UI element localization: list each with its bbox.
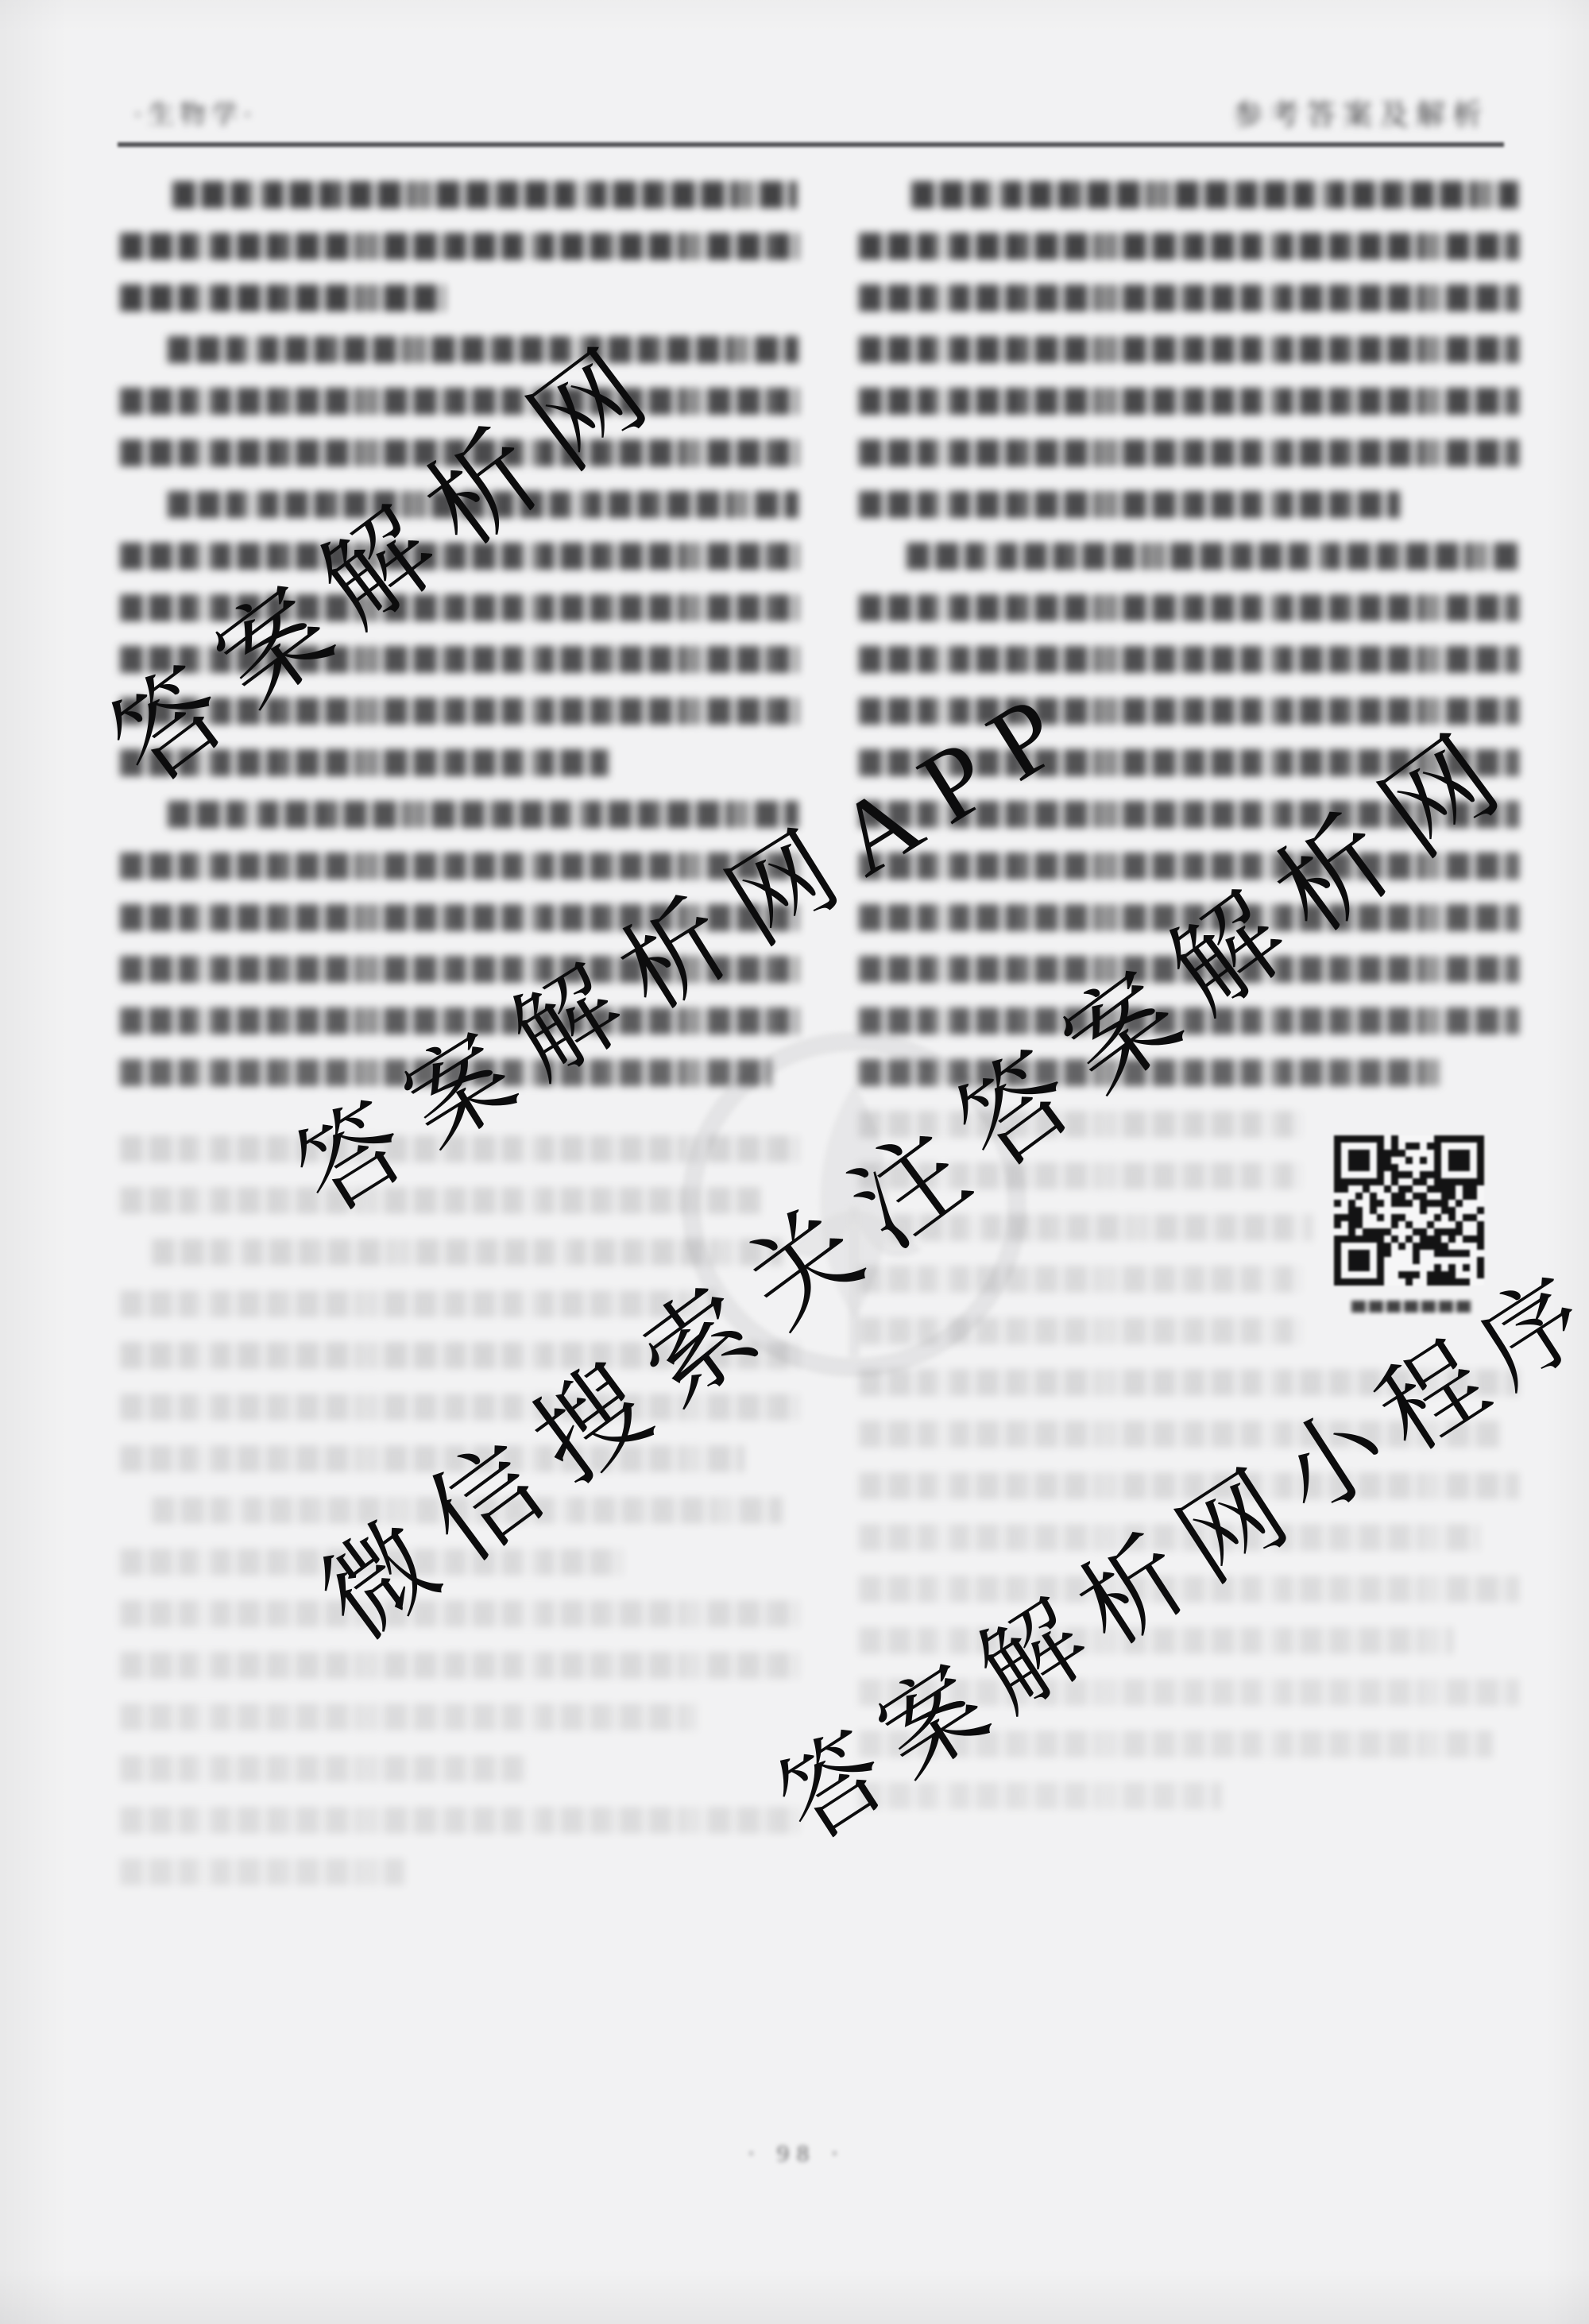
qr-module: [1377, 1150, 1384, 1157]
qr-module: [1334, 1221, 1341, 1228]
qr-module: [1413, 1207, 1420, 1214]
qr-module: [1384, 1243, 1391, 1250]
qr-module: [1370, 1228, 1377, 1235]
qr-module: [1377, 1221, 1384, 1228]
qr-module: [1384, 1214, 1391, 1221]
qr-module: [1420, 1178, 1427, 1185]
blurred-text-line: [119, 1290, 717, 1317]
qr-module: [1463, 1178, 1470, 1185]
qr-module: [1348, 1193, 1355, 1200]
qr-module: [1398, 1150, 1405, 1157]
qr-module: [1434, 1143, 1441, 1150]
qr-module: [1334, 1264, 1341, 1271]
qr-module: [1477, 1228, 1484, 1235]
qr-module: [1370, 1164, 1377, 1171]
qr-module: [1391, 1178, 1398, 1185]
qr-module: [1334, 1271, 1341, 1278]
qr-module: [1398, 1278, 1405, 1286]
answers-heading: 参考答案及解析: [1233, 91, 1489, 133]
qr-module: [1448, 1207, 1456, 1214]
blurred-text-line: [858, 388, 1519, 415]
qr-module: [1463, 1207, 1470, 1214]
qr-module: [1470, 1171, 1477, 1178]
qr-module: [1334, 1278, 1341, 1286]
qr-module: [1384, 1164, 1391, 1171]
qr-module: [1427, 1150, 1434, 1157]
qr-module: [1463, 1228, 1470, 1235]
qr-module: [1477, 1178, 1484, 1185]
qr-module: [1391, 1157, 1398, 1164]
qr-module: [1441, 1235, 1448, 1243]
qr-module: [1391, 1214, 1398, 1221]
qr-module: [1434, 1264, 1441, 1271]
qr-module: [1470, 1157, 1477, 1164]
qr-module: [1348, 1228, 1355, 1235]
qr-module: [1434, 1221, 1441, 1228]
qr-module: [1405, 1221, 1413, 1228]
qr-module: [1427, 1257, 1434, 1264]
qr-module: [1477, 1221, 1484, 1228]
qr-module: [1477, 1235, 1484, 1243]
qr-module: [1463, 1221, 1470, 1228]
qr-module: [1355, 1135, 1363, 1143]
qr-module: [1370, 1185, 1377, 1193]
qr-module: [1413, 1157, 1420, 1164]
qr-module: [1363, 1200, 1370, 1207]
qr-module: [1377, 1278, 1384, 1286]
qr-module: [1448, 1278, 1456, 1286]
qr-module: [1427, 1164, 1434, 1171]
qr-module: [1463, 1214, 1470, 1221]
qr-module: [1413, 1193, 1420, 1200]
qr-module: [1456, 1214, 1463, 1221]
qr-module: [1427, 1185, 1434, 1193]
qr-module: [1398, 1243, 1405, 1250]
qr-module: [1341, 1185, 1348, 1193]
qr-module: [1391, 1135, 1398, 1143]
qr-module: [1391, 1200, 1398, 1207]
blurred-text-line: [858, 594, 1519, 621]
qr-module: [1341, 1207, 1348, 1214]
qr-module: [1348, 1221, 1355, 1228]
qr-module: [1391, 1143, 1398, 1150]
qr-module: [1463, 1243, 1470, 1250]
qr-module: [1427, 1214, 1434, 1221]
blurred-text-line: [119, 1187, 764, 1214]
qr-module: [1391, 1228, 1398, 1235]
qr-module: [1420, 1250, 1427, 1257]
qr-module: [1434, 1250, 1441, 1257]
qr-module: [1405, 1264, 1413, 1271]
qr-module: [1448, 1143, 1456, 1150]
qr-module: [1420, 1271, 1427, 1278]
qr-module: [1448, 1250, 1456, 1257]
qr-module: [1391, 1221, 1398, 1228]
qr-module: [1448, 1157, 1456, 1164]
qr-module: [1348, 1278, 1355, 1286]
qr-module: [1470, 1243, 1477, 1250]
qr-module: [1413, 1200, 1420, 1207]
blurred-text-line: [119, 1652, 798, 1679]
qr-module: [1448, 1200, 1456, 1207]
qr-module: [1405, 1164, 1413, 1171]
qr-module: [1413, 1264, 1420, 1271]
qr-module: [1477, 1143, 1484, 1150]
blurred-text-line: [119, 284, 445, 311]
qr-module: [1456, 1221, 1463, 1228]
qr-module: [1441, 1250, 1448, 1257]
qr-module: [1470, 1271, 1477, 1278]
blurred-text-line: [119, 388, 798, 415]
qr-module: [1363, 1243, 1370, 1250]
qr-module: [1348, 1164, 1355, 1171]
qr-module: [1463, 1264, 1470, 1271]
qr-module: [1456, 1257, 1463, 1264]
qr-module: [1413, 1214, 1420, 1221]
blurred-text-line: [910, 181, 1518, 208]
qr-module: [1434, 1135, 1441, 1143]
qr-module: [1420, 1143, 1427, 1150]
qr-module: [1341, 1235, 1348, 1243]
qr-module: [1434, 1171, 1441, 1178]
qr-module: [1398, 1193, 1405, 1200]
qr-module: [1391, 1235, 1398, 1243]
qr-module: [1391, 1150, 1398, 1157]
qr-module: [1370, 1150, 1377, 1157]
qr-module: [1370, 1143, 1377, 1150]
qr-module: [1441, 1185, 1448, 1193]
qr-module: [1348, 1185, 1355, 1193]
qr-module: [1456, 1135, 1463, 1143]
qr-module: [1377, 1257, 1384, 1264]
qr-module: [1413, 1221, 1420, 1228]
blurred-text-line: [858, 1266, 1301, 1293]
qr-module: [1477, 1214, 1484, 1221]
qr-module: [1427, 1264, 1434, 1271]
qr-module: [1348, 1143, 1355, 1150]
qr-module: [1363, 1157, 1370, 1164]
qr-module: [1405, 1200, 1413, 1207]
qr-module: [1334, 1135, 1341, 1143]
qr-module: [1341, 1135, 1348, 1143]
qr-module: [1341, 1193, 1348, 1200]
qr-module: [1355, 1171, 1363, 1178]
qr-module: [1384, 1235, 1391, 1243]
qr-module: [1456, 1164, 1463, 1171]
qr-module: [1370, 1243, 1377, 1250]
qr-module: [1456, 1243, 1463, 1250]
qr-module: [1470, 1214, 1477, 1221]
qr-module: [1441, 1278, 1448, 1286]
qr-module: [1420, 1243, 1427, 1250]
qr-module: [1370, 1178, 1377, 1185]
qr-module: [1413, 1135, 1420, 1143]
qr-module: [1420, 1171, 1427, 1178]
qr-caption-blurred: [1351, 1301, 1471, 1313]
qr-module: [1463, 1200, 1470, 1207]
qr-module: [1391, 1264, 1398, 1271]
qr-module: [1441, 1243, 1448, 1250]
qr-module: [1334, 1214, 1341, 1221]
qr-module: [1441, 1271, 1448, 1278]
qr-module: [1363, 1164, 1370, 1171]
qr-module: [1363, 1235, 1370, 1243]
qr-module: [1334, 1200, 1341, 1207]
qr-module: [1463, 1150, 1470, 1157]
qr-module: [1434, 1207, 1441, 1214]
blurred-text-line: [858, 336, 1519, 363]
qr-module: [1348, 1178, 1355, 1185]
qr-module: [1377, 1157, 1384, 1164]
qr-module: [1427, 1135, 1434, 1143]
qr-module: [1420, 1200, 1427, 1207]
qr-module: [1420, 1135, 1427, 1143]
qr-module: [1405, 1257, 1413, 1264]
blurred-text-line: [119, 1600, 798, 1627]
qr-module: [1341, 1243, 1348, 1250]
qr-module: [1477, 1271, 1484, 1278]
qr-module: [1384, 1278, 1391, 1286]
blurred-text-line: [858, 491, 1400, 518]
qr-module: [1391, 1193, 1398, 1200]
qr-module: [1434, 1185, 1441, 1193]
qr-module: [1384, 1150, 1391, 1157]
blurred-text-line: [119, 1807, 798, 1834]
qr-module: [1441, 1178, 1448, 1185]
qr-module: [1341, 1228, 1348, 1235]
qr-module: [1355, 1228, 1363, 1235]
qr-module: [1470, 1193, 1477, 1200]
qr-module: [1348, 1200, 1355, 1207]
qr-module: [1341, 1221, 1348, 1228]
qr-module: [1420, 1157, 1427, 1164]
qr-module: [1434, 1228, 1441, 1235]
qr-module: [1384, 1178, 1391, 1185]
qr-module: [1405, 1185, 1413, 1193]
qr-module: [1405, 1135, 1413, 1143]
qr-module: [1398, 1178, 1405, 1185]
qr-module: [1477, 1264, 1484, 1271]
qr-module: [1391, 1250, 1398, 1257]
qr-module: [1456, 1228, 1463, 1235]
qr-module: [1384, 1171, 1391, 1178]
qr-module: [1398, 1207, 1405, 1214]
qr-module: [1470, 1257, 1477, 1264]
qr-module: [1470, 1200, 1477, 1207]
qr-module: [1448, 1178, 1456, 1185]
qr-module: [1370, 1235, 1377, 1243]
qr-module: [1463, 1271, 1470, 1278]
qr-module: [1434, 1271, 1441, 1278]
qr-module: [1398, 1200, 1405, 1207]
qr-module: [1441, 1157, 1448, 1164]
qr-module: [1427, 1143, 1434, 1150]
scanned-answer-page: ·生物学· 参考答案及解析 答案解析网 答案解析网APP 微信搜索关注答案解析网…: [0, 0, 1589, 2324]
qr-module: [1377, 1207, 1384, 1214]
qr-module: [1448, 1271, 1456, 1278]
qr-module: [1448, 1235, 1456, 1243]
qr-module: [1456, 1150, 1463, 1157]
qr-module: [1363, 1214, 1370, 1221]
blurred-text-line: [119, 1858, 404, 1885]
qr-module: [1477, 1257, 1484, 1264]
qr-module: [1448, 1171, 1456, 1178]
qr-module: [1398, 1143, 1405, 1150]
qr-module: [1355, 1193, 1363, 1200]
qr-module: [1377, 1164, 1384, 1171]
qr-module: [1391, 1207, 1398, 1214]
qr-module: [1463, 1250, 1470, 1257]
qr-module: [1363, 1178, 1370, 1185]
qr-module: [1355, 1250, 1363, 1257]
qr-module: [1420, 1185, 1427, 1193]
qr-module: [1441, 1164, 1448, 1171]
qr-module: [1427, 1278, 1434, 1286]
qr-module: [1405, 1171, 1413, 1178]
qr-module: [1370, 1200, 1377, 1207]
blurred-text-line: [858, 233, 1519, 260]
qr-module: [1448, 1228, 1456, 1235]
qr-module: [1384, 1193, 1391, 1200]
qr-module: [1348, 1243, 1355, 1250]
qr-module: [1470, 1207, 1477, 1214]
qr-module: [1463, 1171, 1470, 1178]
subject-title: ·生物学·: [133, 94, 257, 131]
qr-module: [1355, 1150, 1363, 1157]
qr-module: [1398, 1264, 1405, 1271]
qr-module: [1413, 1271, 1420, 1278]
qr-module: [1456, 1178, 1463, 1185]
qr-module: [1363, 1143, 1370, 1150]
qr-module: [1470, 1143, 1477, 1150]
qr-module: [1377, 1200, 1384, 1207]
qr-module: [1363, 1185, 1370, 1193]
qr-module: [1405, 1193, 1413, 1200]
qr-module: [1470, 1164, 1477, 1171]
qr-module: [1370, 1171, 1377, 1178]
qr-module: [1477, 1185, 1484, 1193]
qr-module: [1448, 1135, 1456, 1143]
qr-module: [1363, 1207, 1370, 1214]
qr-module: [1441, 1200, 1448, 1207]
qr-module: [1456, 1235, 1463, 1243]
qr-module: [1448, 1257, 1456, 1264]
qr-module: [1341, 1143, 1348, 1150]
qr-module: [1355, 1221, 1363, 1228]
qr-module: [1348, 1171, 1355, 1178]
qr-module: [1377, 1193, 1384, 1200]
qr-module: [1427, 1221, 1434, 1228]
qr-module: [1348, 1207, 1355, 1214]
qr-module: [1413, 1250, 1420, 1257]
qr-module: [1377, 1271, 1384, 1278]
qr-module: [1463, 1257, 1470, 1264]
blurred-text-line: [858, 646, 1519, 673]
qr-module: [1348, 1157, 1355, 1164]
qr-module: [1348, 1135, 1355, 1143]
qr-module: [1355, 1243, 1363, 1250]
qr-module: [1370, 1193, 1377, 1200]
qr-module: [1384, 1135, 1391, 1143]
qr-module: [1477, 1171, 1484, 1178]
qr-module: [1405, 1157, 1413, 1164]
qr-module: [1384, 1228, 1391, 1235]
qr-module: [1463, 1135, 1470, 1143]
qr-module: [1348, 1214, 1355, 1221]
qr-module: [1470, 1278, 1477, 1286]
qr-module: [1420, 1193, 1427, 1200]
qr-module: [1355, 1214, 1363, 1221]
qr-module: [1398, 1214, 1405, 1221]
qr-module: [1405, 1150, 1413, 1157]
qr-module: [1363, 1257, 1370, 1264]
qr-module: [1334, 1178, 1341, 1185]
qr-module: [1398, 1164, 1405, 1171]
qr-module: [1370, 1135, 1377, 1143]
qr-module: [1370, 1214, 1377, 1221]
blurred-text-line: [172, 181, 797, 208]
qr-module: [1363, 1193, 1370, 1200]
qr-module: [1441, 1264, 1448, 1271]
qr-module: [1370, 1207, 1377, 1214]
qr-module: [1341, 1157, 1348, 1164]
qr-module: [1348, 1250, 1355, 1257]
qr-module: [1398, 1185, 1405, 1193]
qr-module: [1398, 1221, 1405, 1228]
qr-module: [1413, 1228, 1420, 1235]
qr-module: [1456, 1157, 1463, 1164]
qr-module: [1470, 1228, 1477, 1235]
qr-module: [1370, 1157, 1377, 1164]
qr-module: [1391, 1271, 1398, 1278]
qr-module: [1398, 1171, 1405, 1178]
qr-module: [1341, 1278, 1348, 1286]
qr-module: [1441, 1135, 1448, 1143]
qr-module: [1341, 1264, 1348, 1271]
qr-module: [1334, 1207, 1341, 1214]
qr-module: [1427, 1207, 1434, 1214]
qr-module: [1341, 1178, 1348, 1185]
qr-module: [1384, 1207, 1391, 1214]
qr-module: [1377, 1178, 1384, 1185]
qr-module: [1456, 1171, 1463, 1178]
qr-module: [1405, 1214, 1413, 1221]
qr-module: [1348, 1150, 1355, 1157]
qr-module: [1413, 1150, 1420, 1157]
qr-module: [1398, 1157, 1405, 1164]
qr-module: [1377, 1250, 1384, 1257]
qr-module: [1420, 1264, 1427, 1271]
qr-module: [1384, 1257, 1391, 1264]
qr-module: [1384, 1250, 1391, 1257]
qr-module: [1441, 1221, 1448, 1228]
qr-module: [1413, 1243, 1420, 1250]
qr-module: [1463, 1157, 1470, 1164]
qr-module: [1391, 1243, 1398, 1250]
qr-module: [1477, 1157, 1484, 1164]
qr-module: [1427, 1157, 1434, 1164]
qr-module: [1448, 1150, 1456, 1157]
qr-module: [1463, 1235, 1470, 1243]
qr-module: [1377, 1171, 1384, 1178]
qr-module: [1377, 1228, 1384, 1235]
qr-module: [1463, 1193, 1470, 1200]
qr-module: [1355, 1157, 1363, 1164]
qr-module: [1477, 1135, 1484, 1143]
qr-module: [1377, 1185, 1384, 1193]
blurred-text-line: [858, 1317, 1301, 1344]
blurred-text-line: [858, 439, 1519, 466]
